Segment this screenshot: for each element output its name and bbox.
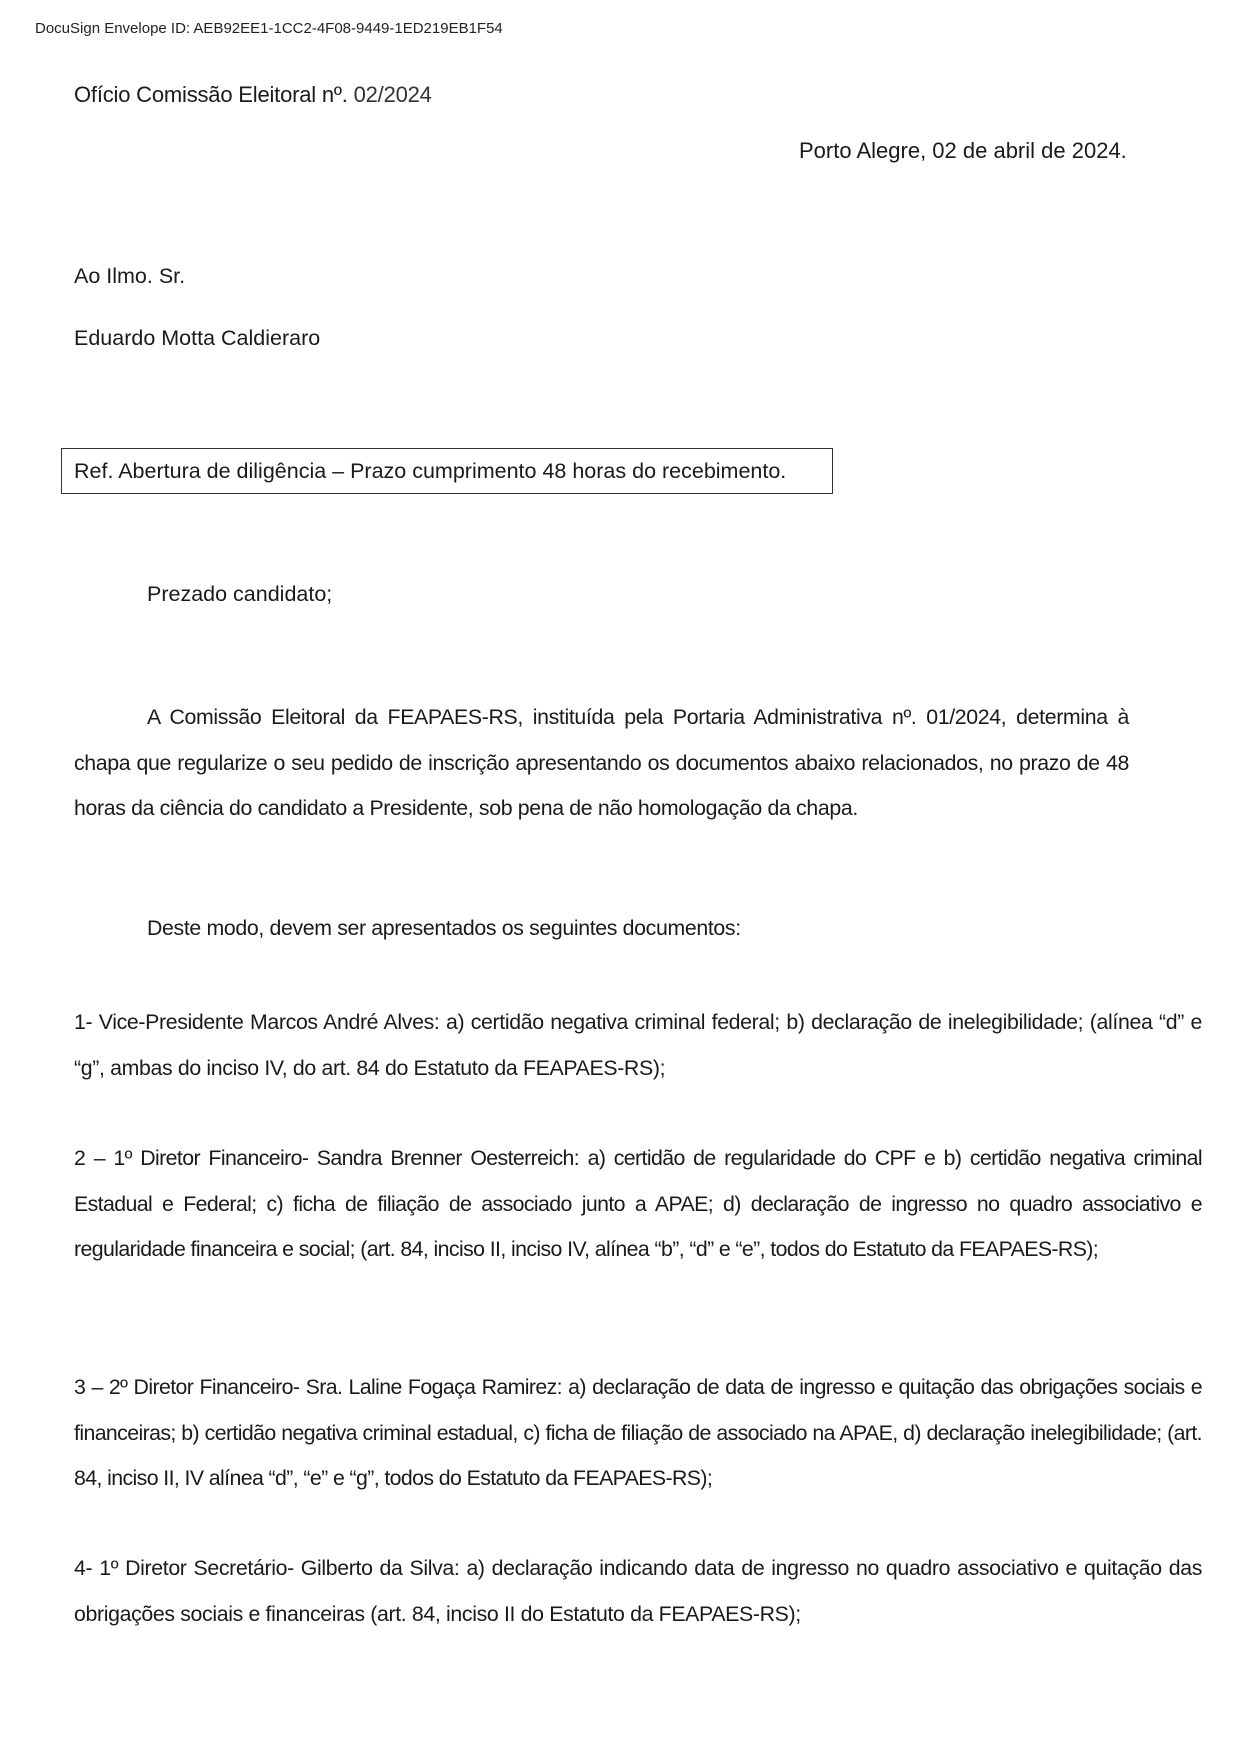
document-item-4: 4- 1º Diretor Secretário- Gilberto da Si… bbox=[74, 1546, 1202, 1637]
office-title-prefix: Ofício Comissão Eleitoral nº. bbox=[74, 82, 348, 107]
docusign-envelope-id: DocuSign Envelope ID: AEB92EE1-1CC2-4F08… bbox=[35, 20, 503, 37]
intro-paragraph: A Comissão Eleitoral da FEAPAES-RS, inst… bbox=[74, 695, 1129, 832]
addressee-salutation: Ao Ilmo. Sr. bbox=[74, 254, 185, 299]
greeting: Prezado candidato; bbox=[147, 572, 332, 617]
reference-text: Ref. Abertura de diligência – Prazo cump… bbox=[74, 449, 786, 494]
document-item-3: 3 – 2º Diretor Financeiro- Sra. Laline F… bbox=[74, 1365, 1202, 1502]
place-date: Porto Alegre, 02 de abril de 2024. bbox=[799, 128, 1127, 173]
office-number: 02/2024 bbox=[354, 82, 432, 107]
document-item-1: 1- Vice-Presidente Marcos André Alves: a… bbox=[74, 1000, 1202, 1091]
addressee-name: Eduardo Motta Caldieraro bbox=[74, 316, 320, 361]
request-intro: Deste modo, devem ser apresentados os se… bbox=[74, 906, 1202, 952]
document-item-2: 2 – 1º Diretor Financeiro- Sandra Brenne… bbox=[74, 1136, 1202, 1273]
office-title: Ofício Comissão Eleitoral nº. 02/2024 bbox=[74, 72, 432, 117]
